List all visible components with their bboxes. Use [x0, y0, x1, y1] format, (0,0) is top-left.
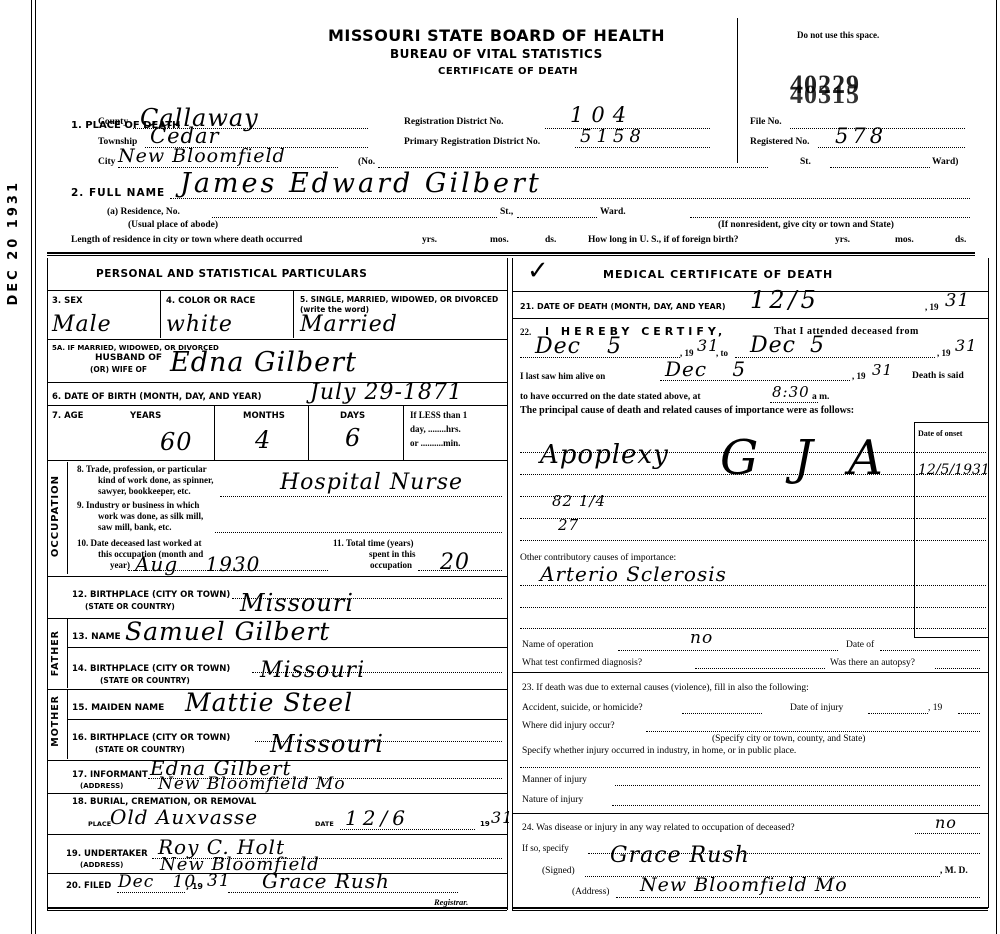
- row-rule-15: [67, 719, 507, 720]
- test-line: [695, 668, 825, 669]
- operation-label: Name of operation: [522, 640, 593, 650]
- operation-date-label: Date of: [846, 640, 874, 650]
- file-no-label: File No.: [750, 117, 782, 127]
- bottom-rule-right: [512, 907, 988, 911]
- birthplace-value[interactable]: Missouri: [240, 589, 354, 617]
- certificate-number-stamp-2: 40315: [790, 80, 860, 110]
- row-rule-occupation: [47, 576, 507, 577]
- less-than-day-label-1: If LESS than 1: [410, 410, 467, 420]
- race-marital-divider: [293, 290, 294, 338]
- time-line: [770, 402, 818, 403]
- manner-injury-label: Manner of injury: [522, 775, 587, 785]
- form-certificate-type: CERTIFICATE OF DEATH: [438, 66, 578, 77]
- birthplace-label: 12. BIRTHPLACE (CITY OR TOWN): [72, 590, 230, 600]
- father-side-divider: [67, 618, 68, 688]
- onset-line-1: [916, 452, 986, 453]
- md-label: , M. D.: [940, 866, 968, 876]
- industry-label-2: work was done, as silk mill,: [98, 511, 203, 521]
- other-causes-value[interactable]: Arterio Sclerosis: [540, 562, 727, 586]
- abode-note: (Usual place of abode): [128, 220, 218, 230]
- mother-side-divider: [67, 689, 68, 759]
- signed-label: (Signed): [542, 866, 575, 876]
- race-label: 4. COLOR OR RACE: [166, 296, 255, 306]
- total-time-value[interactable]: 20: [440, 550, 470, 575]
- marital-value[interactable]: Married: [300, 312, 398, 337]
- foreign-mos-label: mos.: [895, 235, 914, 245]
- row-rule-17: [47, 793, 507, 794]
- reg-district-value[interactable]: 104: [570, 103, 634, 127]
- burial-place-value[interactable]: Old Auxvasse: [110, 805, 258, 829]
- mother-side-label: MOTHER: [50, 695, 61, 747]
- margin-received-stamp: DEC 20 1931: [6, 180, 21, 306]
- father-birthplace-label: 14. BIRTHPLACE (CITY OR TOWN): [72, 664, 230, 674]
- address-line: [616, 897, 980, 898]
- onset-line-7: [916, 607, 986, 608]
- length-ds-label: ds.: [545, 235, 556, 245]
- age-days-label: DAYS: [340, 411, 365, 421]
- mother-birthplace-value[interactable]: Missouri: [270, 730, 384, 758]
- row-rule-21: [512, 318, 988, 319]
- birthplace-sub-label: (STATE OR COUNTRY): [85, 602, 175, 611]
- race-value[interactable]: white: [166, 312, 233, 337]
- onset-line-3: [916, 496, 986, 497]
- occupation-related-value[interactable]: no: [935, 813, 957, 832]
- accident-line: [682, 713, 762, 714]
- autopsy-line: [935, 668, 980, 669]
- foreign-ds-label: ds.: [955, 235, 966, 245]
- row-rule-22: [512, 672, 988, 673]
- less-than-day-label-2: day, ........hrs.: [410, 424, 461, 434]
- city-label: City: [98, 157, 115, 167]
- last-worked-value[interactable]: Aug 1930: [135, 552, 260, 576]
- spouse-value[interactable]: Edna Gilbert: [170, 347, 357, 378]
- external-causes-label: 23. If death was due to external causes …: [522, 683, 809, 693]
- reg-district-label: Registration District No.: [404, 117, 503, 127]
- length-residence-label: Length of residence in city or town wher…: [71, 235, 302, 245]
- personal-section-title: PERSONAL AND STATISTICAL PARTICULARS: [96, 268, 367, 280]
- accident-label: Accident, suicide, or homicide?: [522, 703, 643, 713]
- mother-birthplace-sub-label: (STATE OR COUNTRY): [95, 745, 185, 754]
- where-injury-label: Where did injury occur?: [522, 721, 615, 731]
- header-section-divider: [47, 252, 975, 256]
- total-time-label-3: occupation: [370, 560, 412, 570]
- filed-date-line: [117, 892, 185, 893]
- last-worked-label-3: year): [110, 560, 130, 570]
- informant-address-label: (ADDRESS): [80, 782, 123, 790]
- physician-initials-scrawl: G J A: [720, 430, 893, 486]
- operation-value[interactable]: no: [690, 628, 713, 648]
- trade-value[interactable]: Hospital Nurse: [280, 470, 463, 495]
- trade-label-2: kind of work done, as spinner,: [98, 475, 213, 485]
- age-years-label: YEARS: [130, 411, 161, 421]
- occupation-related-label: 24. Was disease or injury in any way rel…: [522, 823, 795, 833]
- attended-from-value[interactable]: Dec 5: [535, 334, 622, 359]
- residence-label: (a) Residence, No.: [107, 207, 180, 217]
- onset-header: Date of onset: [918, 429, 962, 438]
- residence-line: [212, 217, 497, 218]
- cause-code-2: 27: [558, 516, 579, 534]
- age-label: 7. AGE: [52, 411, 83, 421]
- onset-column-top: [914, 422, 988, 423]
- dod-year-value[interactable]: 31: [945, 290, 970, 311]
- residence-ward-label: Ward.: [600, 207, 626, 217]
- mother-name-label: 15. MAIDEN NAME: [72, 703, 164, 713]
- occupation-related-line: [915, 833, 980, 834]
- row-rule-13: [67, 647, 507, 648]
- autopsy-label: Was there an autopsy?: [830, 658, 915, 668]
- informant-address-value[interactable]: New Bloomfield Mo: [158, 774, 346, 794]
- manner-injury-line: [615, 785, 980, 786]
- sex-race-divider: [160, 290, 161, 338]
- reserved-space-note: Do not use this space.: [797, 30, 879, 40]
- foreign-birth-label: How long in U. S., if of foreign birth?: [588, 235, 739, 245]
- right-column-border: [988, 258, 989, 908]
- age-months-label: MONTHS: [243, 411, 285, 421]
- where-injury-note: (Specify city or town, county, and State…: [712, 734, 865, 744]
- trade-line: [220, 496, 502, 497]
- dob-label: 6. DATE OF BIRTH (MONTH, DAY, AND YEAR): [52, 392, 262, 402]
- trade-label-1: 8. Trade, profession, or particular: [77, 464, 207, 474]
- spouse-label-3: (OR) WIFE OF: [90, 365, 147, 374]
- cause-value[interactable]: Apoplexy: [540, 440, 669, 470]
- filed-date-value[interactable]: Dec 10: [118, 872, 196, 892]
- attended-to-value[interactable]: Dec 5: [750, 333, 825, 358]
- age-years-value[interactable]: 60: [160, 428, 193, 456]
- length-yrs-label: yrs.: [422, 235, 437, 245]
- length-mos-label: mos.: [490, 235, 509, 245]
- age-months-value[interactable]: 4: [255, 426, 271, 454]
- occupation-side-divider: [67, 462, 68, 574]
- if-so-label: If so, specify: [522, 843, 569, 853]
- sex-value[interactable]: Male: [52, 312, 112, 337]
- cause-code-1: 82 1/4: [552, 492, 606, 510]
- onset-column-divider: [914, 422, 915, 638]
- operation-line: [618, 650, 838, 651]
- registered-no-label: Registered No.: [750, 137, 809, 147]
- left-border-inner: [35, 0, 36, 934]
- filed-year-prefix: , 19: [186, 882, 203, 891]
- other-causes-line-3: [520, 628, 914, 629]
- spouse-label-2: HUSBAND OF: [95, 353, 162, 363]
- burial-place-label: PLACE: [88, 820, 111, 828]
- row-rule-23: [512, 813, 988, 814]
- total-time-label-2: spent in this: [369, 549, 416, 559]
- death-said-label: Death is said: [912, 371, 964, 381]
- reserved-space-divider: [737, 18, 738, 163]
- registrar-label: Registrar.: [434, 897, 468, 907]
- city-st-label: St.: [800, 157, 811, 167]
- last-worked-label-1: 10. Date deceased last worked at: [77, 538, 201, 548]
- total-time-label-1: 11. Total time (years): [333, 538, 414, 548]
- injury-year-line: [958, 713, 980, 714]
- form-bureau: BUREAU OF VITAL STATISTICS: [390, 47, 603, 61]
- address-value[interactable]: New Bloomfield Mo: [640, 874, 848, 896]
- burial-date-label: DATE: [315, 820, 334, 828]
- less-than-day-label-3: or ..........min.: [410, 438, 460, 448]
- cause-line-5: [520, 540, 914, 541]
- onset-line-6: [916, 585, 986, 586]
- age-days-divider: [403, 405, 404, 460]
- nonresident-note: (If nonresident, give city or town and S…: [718, 220, 894, 230]
- medical-section-title: MEDICAL CERTIFICATE OF DEATH: [603, 268, 833, 281]
- primary-reg-value[interactable]: 5158: [580, 126, 646, 147]
- city-no-label: (No.: [358, 157, 375, 167]
- city-ward-label: Ward): [932, 157, 958, 167]
- dod-year-prefix: , 19: [925, 302, 939, 312]
- left-border: [31, 0, 32, 934]
- undertaker-label: 19. UNDERTAKER: [66, 849, 148, 859]
- dob-value[interactable]: July 29-1871: [310, 380, 463, 405]
- city-ward-line: [830, 167, 930, 168]
- onset-line-8: [916, 628, 986, 629]
- other-causes-line-2: [520, 607, 914, 608]
- burial-year-value[interactable]: 31: [491, 808, 513, 827]
- father-name-value[interactable]: Samuel Gilbert: [125, 617, 330, 646]
- foreign-yrs-label: yrs.: [835, 235, 850, 245]
- time-label: to have occurred on the date stated abov…: [520, 392, 701, 402]
- attended-to-year-prefix: , 19: [937, 348, 951, 358]
- left-column-border: [47, 258, 48, 910]
- last-saw-value[interactable]: Dec 5: [665, 357, 746, 381]
- certify-num: 22.: [520, 327, 531, 337]
- specify-place-label: Specify whether injury occurred in indus…: [522, 746, 796, 756]
- residence-st-label: St.,: [500, 207, 513, 217]
- age-years-divider: [214, 405, 215, 460]
- filed-label: 20. FILED: [66, 881, 111, 891]
- form-title: MISSOURI STATE BOARD OF HEALTH: [328, 26, 665, 45]
- age-months-divider: [308, 405, 309, 460]
- county-label: County: [98, 117, 128, 127]
- dod-value[interactable]: 12/5: [750, 286, 820, 314]
- burial-year-prefix: 19: [480, 820, 490, 828]
- father-birthplace-sub-label: (STATE OR COUNTRY): [100, 676, 190, 685]
- row-rule-7: [47, 460, 507, 461]
- address-label: (Address): [572, 887, 609, 897]
- last-saw-year-prefix: , 19: [852, 371, 866, 381]
- mother-name-value[interactable]: Mattie Steel: [185, 688, 353, 717]
- row-rule-6: [47, 405, 507, 406]
- nonresident-line: [690, 217, 970, 218]
- row-rule-3: [47, 339, 507, 340]
- personal-title-rule: [47, 290, 507, 291]
- time-suffix: a m.: [812, 392, 829, 402]
- trade-label-3: sawyer, bookkeeper, etc.: [98, 486, 191, 496]
- age-days-value[interactable]: 6: [345, 424, 361, 452]
- burial-date-value[interactable]: 12/6: [345, 806, 410, 830]
- time-value[interactable]: 8:30: [772, 383, 810, 401]
- cause-intro: The principal cause of death and related…: [520, 405, 854, 416]
- full-name-label: 2. FULL NAME: [71, 187, 165, 199]
- dod-label: 21. DATE OF DEATH (MONTH, DAY, AND YEAR): [520, 302, 726, 311]
- where-injury-line: [646, 731, 980, 732]
- filed-year-value[interactable]: 31: [207, 871, 231, 891]
- cause-line-4: [520, 518, 914, 519]
- last-saw-year-value[interactable]: 31: [872, 361, 893, 379]
- injury-year-label: , 19: [928, 703, 942, 713]
- primary-reg-line: [575, 147, 710, 148]
- operation-date-line: [880, 650, 980, 651]
- onset-line-4: [916, 518, 986, 519]
- informant-label: 17. INFORMANT: [72, 770, 148, 780]
- nature-injury-label: Nature of injury: [522, 795, 583, 805]
- industry-line: [215, 532, 502, 533]
- last-saw-label: I last saw him alive on: [520, 371, 605, 381]
- nature-injury-line: [612, 805, 980, 806]
- injury-date-line: [868, 713, 928, 714]
- mother-birthplace-label: 16. BIRTHPLACE (CITY OR TOWN): [72, 733, 230, 743]
- occupation-side-label: OCCUPATION: [50, 475, 61, 557]
- sex-label: 3. SEX: [52, 296, 83, 306]
- registered-no-value[interactable]: 578: [835, 124, 887, 148]
- father-side-label: FATHER: [50, 630, 61, 676]
- father-birthplace-value[interactable]: Missouri: [260, 658, 365, 683]
- city-value[interactable]: New Bloomfield: [118, 145, 286, 167]
- industry-label-1: 9. Industry or business in which: [77, 500, 199, 510]
- test-label: What test confirmed diagnosis?: [522, 658, 642, 668]
- registrar-signature[interactable]: Grace Rush: [262, 869, 390, 893]
- onset-line-5: [916, 540, 986, 541]
- right-border: [996, 0, 997, 934]
- full-name-value[interactable]: James Edward Gilbert: [180, 168, 542, 199]
- residence-ward-line: [517, 217, 597, 218]
- industry-label-3: saw mill, bank, etc.: [98, 522, 172, 532]
- medical-check-mark: ✓: [527, 256, 550, 286]
- specify-place-line: [520, 767, 980, 768]
- father-name-label: 13. NAME: [72, 632, 121, 642]
- attended-to-year-value[interactable]: 31: [955, 336, 977, 355]
- primary-reg-label: Primary Registration District No.: [404, 137, 540, 147]
- onset-value[interactable]: 12/5/1931: [918, 462, 990, 478]
- signed-value[interactable]: Grace Rush: [610, 843, 750, 868]
- bottom-rule-left: [47, 907, 507, 911]
- onset-column-bottom: [914, 637, 988, 638]
- injury-date-label: Date of injury: [790, 703, 843, 713]
- undertaker-address-label: (ADDRESS): [80, 861, 123, 869]
